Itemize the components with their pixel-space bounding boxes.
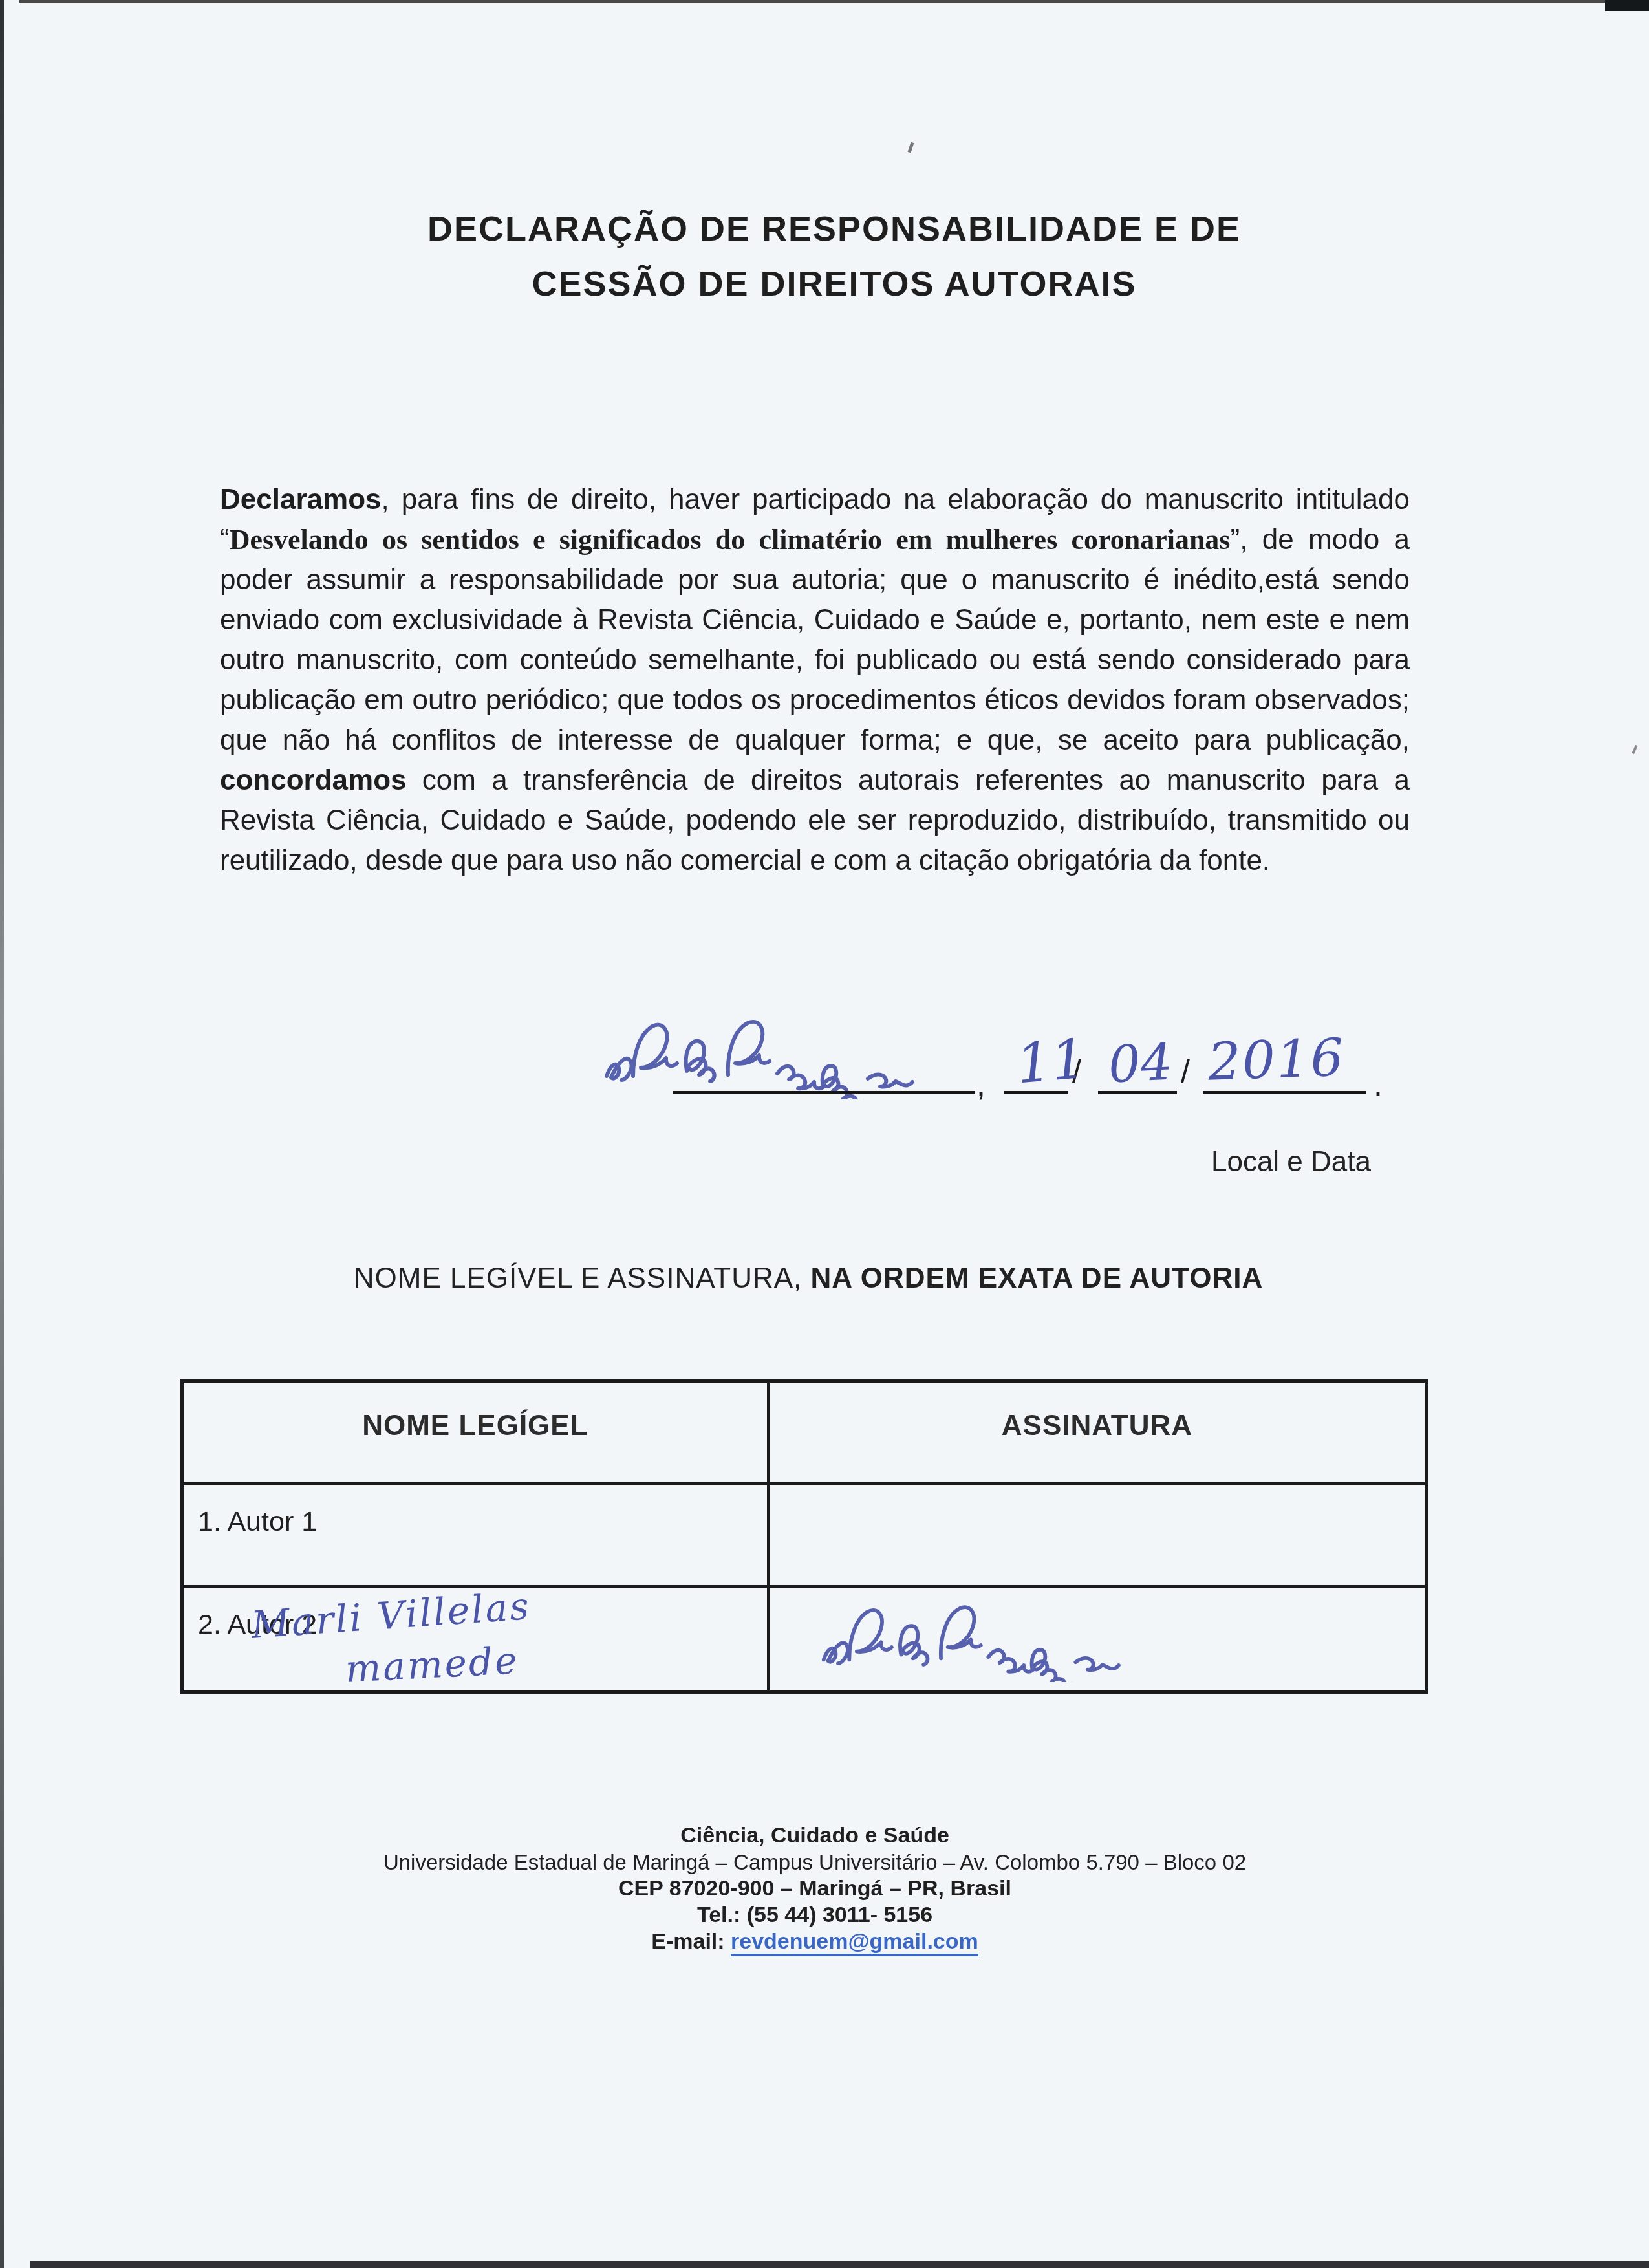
author2-label-cell: 2. Autor 2 Marli Villelas mamede (184, 1588, 770, 1690)
footer-email-label: E-mail: (651, 1929, 731, 1954)
period: . (1374, 1066, 1383, 1103)
table-header-assinatura: ASSINATURA (770, 1383, 1425, 1482)
footer-email-link[interactable]: revdenuem@gmail.com (731, 1929, 978, 1956)
order-heading-bold: NA ORDEM EXATA DE AUTORIA (811, 1262, 1264, 1294)
local-e-data-label: Local e Data (0, 1146, 1371, 1178)
authors-order-heading: NOME LEGÍVEL E ASSINATURA, NA ORDEM EXAT… (129, 1262, 1487, 1295)
footer-cep: CEP 87020-900 – Maringá – PR, Brasil (220, 1875, 1410, 1902)
document-title-line2: CESSÃO DE DIREITOS AUTORAIS (19, 257, 1649, 312)
handwritten-date-year: 2016 (1207, 1027, 1346, 1092)
table-row-author2: 2. Autor 2 Marli Villelas mamede (184, 1585, 1425, 1690)
handwritten-signature-table (818, 1595, 1206, 1682)
footer-address: Universidade Estadual de Maringá – Campu… (220, 1849, 1410, 1875)
slash: / (1181, 1053, 1190, 1090)
author1-label: 1. Autor 1 (184, 1485, 770, 1585)
scan-artifact-top-edge (19, 0, 1649, 3)
handwritten-date-day: 11 (1014, 1027, 1088, 1096)
footer-journal-name: Ciência, Cuidado e Saúde (220, 1822, 1410, 1849)
signature-line (673, 1091, 975, 1094)
authors-table: NOME LEGÍGEL ASSINATURA 1. Autor 1 2. Au… (180, 1379, 1428, 1694)
comma: , (976, 1066, 986, 1103)
handwritten-author-name-line1: Marli Villelas (250, 1584, 532, 1647)
handwritten-author-name-line2: mamede (344, 1638, 520, 1691)
scan-artifact-bottom-edge (30, 2261, 1649, 2268)
date-year-line (1203, 1091, 1366, 1094)
handwritten-signature (601, 1009, 1002, 1099)
table-header-row: NOME LEGÍGEL ASSINATURA (184, 1383, 1425, 1482)
footer: Ciência, Cuidado e Saúde Universidade Es… (220, 1822, 1410, 1955)
document-title-line1: DECLARAÇÃO DE RESPONSABILIDADE E DE (19, 202, 1649, 257)
footer-phone: Tel.: (55 44) 3011- 5156 (220, 1902, 1410, 1928)
scan-artifact-top-right-corner (1605, 0, 1649, 11)
footer-email-line: E-mail: revdenuem@gmail.com (220, 1928, 1410, 1955)
handwritten-date-month: 04 (1107, 1033, 1174, 1094)
scan-speck (1632, 745, 1637, 754)
order-heading-normal: NOME LEGÍVEL E ASSINATURA, (354, 1262, 811, 1294)
scan-artifact-left-edge (0, 0, 4, 2268)
declaration-paragraph: Declaramos, para fins de direito, haver … (220, 480, 1410, 881)
table-row-author1: 1. Autor 1 (184, 1482, 1425, 1585)
document-title: DECLARAÇÃO DE RESPONSABILIDADE E DE CESS… (0, 202, 1649, 312)
author1-signature-cell (770, 1485, 1425, 1585)
author2-signature-cell (770, 1588, 1425, 1690)
table-header-nome: NOME LEGÍGEL (184, 1383, 770, 1482)
scan-speck (908, 142, 914, 153)
document-page: DECLARAÇÃO DE RESPONSABILIDADE E DE CESS… (0, 0, 1649, 2268)
